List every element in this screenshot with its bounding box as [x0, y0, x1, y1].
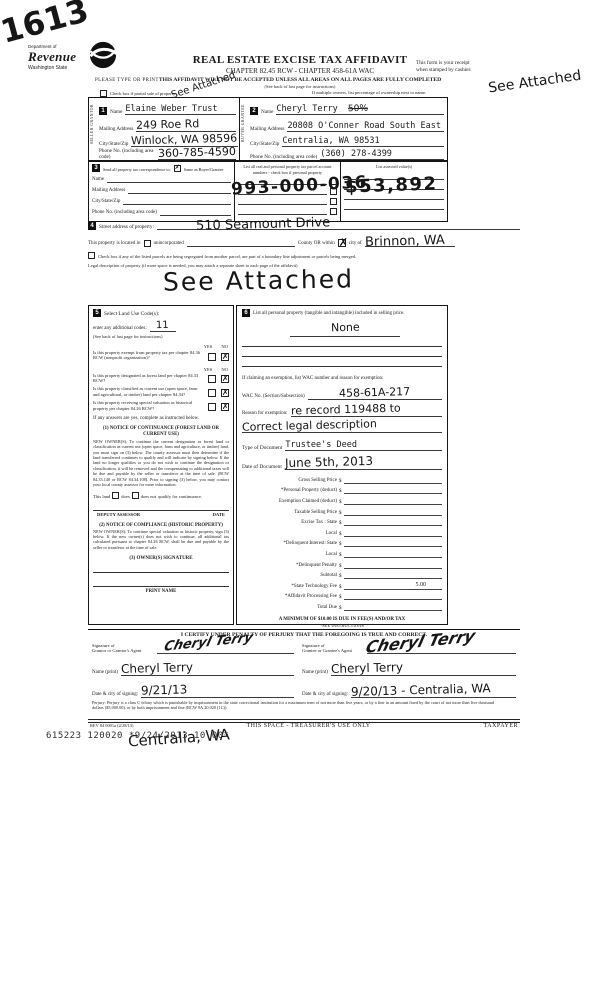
dollar-sign: $: [339, 521, 342, 526]
fee-label: Subtotal: [242, 573, 337, 579]
exempt-no-checkbox: ✗: [221, 353, 229, 361]
buyer-grantee-box: BUYER GRANTEE 2 Name Cheryl Terry 50% Ma…: [239, 97, 448, 161]
fee-row-penalty: *Delinquent Penalty$: [242, 558, 442, 569]
affidavit-page: 1613 Department of Revenue Washington St…: [0, 0, 600, 984]
deputy-assessor-label: DEPUTY ASSESSOR: [97, 512, 140, 517]
fee-row-taxable: Taxable Selling Price$: [242, 505, 442, 516]
grantee-name-value: Cheryl Terry: [331, 660, 403, 676]
personal-property-header: 6 List all personal property (tangible a…: [242, 309, 442, 317]
fee-row-interest-local: Local$: [242, 547, 442, 558]
question-current-use-row: Is this property classified as current u…: [93, 386, 229, 397]
buyer-mailing-field: 20808 O'Conner Road South East: [287, 121, 444, 132]
parcel-column: List all real and personal property tax …: [235, 162, 341, 221]
fee-label: Exemption Claimed (deduct): [242, 499, 337, 505]
fee-label: *Personal Property (deduct): [242, 488, 337, 494]
correspondence-phone-field: [160, 208, 231, 216]
correspondence-mailing-label: Mailing Address: [92, 188, 125, 194]
same-as-buyer-label: Same as Buyer/Grantee: [184, 167, 224, 172]
buyer-city-label: City/State/Zip: [250, 141, 279, 147]
personal-property-value: None: [330, 321, 359, 335]
correspondence-mailing-row: Mailing Address: [92, 183, 231, 194]
owner-signature-label: (3) OWNER(S) SIGNATURE: [93, 556, 229, 561]
additional-codes-value: 11: [156, 323, 169, 330]
minimum-fee-note: A MINIMUM OF $10.00 IS DUE IN FEE(S) AND…: [242, 617, 442, 622]
dollar-sign: $: [339, 489, 342, 494]
grantor-name-print-label: Name (print): [92, 670, 118, 676]
fee-row-exemption: Exemption Claimed (deduct)$: [242, 494, 442, 505]
fee-label: *State Technology Fee: [242, 584, 337, 590]
certification-section: I CERTIFY UNDER PENALTY OF PERJURY THAT …: [88, 629, 520, 740]
question-exempt-text: Is this property exempt from property ta…: [93, 350, 203, 361]
dollar-sign: $: [339, 585, 342, 590]
fee-label: Local: [242, 552, 337, 558]
additional-codes-label: enter any additional codes:: [93, 326, 147, 332]
fee-row-total: Total Due$: [242, 600, 442, 611]
footer-row: REV 84 0001a (2/28/13) THIS SPACE - TREA…: [90, 723, 518, 729]
buyer-phone-field: (360) 278-4399: [320, 149, 444, 160]
grantee-date-city-value: 9/20/13 - Centralia, WA: [351, 681, 491, 699]
form-title: REAL ESTATE EXCISE TAX AFFIDAVIT: [150, 54, 450, 66]
fee-row-excise-state: Excise Tax : State$: [242, 516, 442, 527]
grantee-name-row: Name (print) Cheryl Terry: [302, 661, 516, 676]
correspondence-city-field: [123, 197, 231, 205]
unincorporated-label: unincorporated: [154, 241, 184, 247]
grantee-date-row: Date & city of signing: 9/20/13 - Centra…: [302, 683, 516, 698]
fee-row-interest-state: *Delinquent Interest: State$: [242, 537, 442, 548]
notice2-body: NEW OWNER(S): To continue special valuat…: [93, 529, 229, 551]
buyer-city-row: City/State/Zip Centralia, WA 98531: [250, 132, 444, 147]
buyer-name-row: 2 Name Cheryl Terry 50%: [250, 99, 444, 115]
street-address-row: 4 Street address of property: 510 Seamou…: [88, 222, 520, 230]
question-forest-text: Is this property designated as forest la…: [93, 373, 203, 384]
qualify-post-label: qualify for continuance.: [158, 494, 202, 499]
additional-codes-row: enter any additional codes: 11: [93, 323, 229, 332]
seller-name-field: Elaine Weber Trust: [125, 104, 236, 115]
fee-value: [344, 561, 443, 569]
question-forest-row: Is this property designated as forest la…: [93, 373, 229, 384]
fee-value: [344, 476, 443, 484]
fee-row-excise-local: Local$: [242, 526, 442, 537]
wac-label: WAC No. (Section/Subsection): [242, 394, 305, 400]
dollar-sign: $: [339, 532, 342, 537]
fee-row-subtotal: Subtotal$: [242, 569, 442, 580]
qualify-row: This land does does not qualify for cont…: [93, 492, 229, 499]
assessed-column: List assessed value(s) $53,892: [341, 162, 447, 221]
yes-no-header: YES NO: [93, 344, 229, 349]
if-yes-note: If any answers are yes, complete as inst…: [93, 416, 229, 422]
current-use-no-checkbox: ✗: [221, 389, 229, 397]
seller-name-label: Name: [110, 109, 122, 115]
reason-row: Reason for exemption: re record 119488 t…: [242, 403, 442, 417]
dollar-sign: $: [339, 564, 342, 569]
grantor-signature-label: Signature of Grantor or Grantor's Agent: [92, 643, 154, 654]
seller-phone-field: 360-785-4590: [158, 146, 236, 160]
grantor-name-row: Name (print) Cheryl Terry: [92, 661, 294, 676]
land-use-see-back: (See back of last page for instructions): [93, 334, 229, 340]
historic-no-checkbox: ✗: [221, 403, 229, 411]
buyer-side-label: BUYER GRANTEE: [241, 104, 248, 142]
seller-grantor-box: SELLER GRANTOR 1 Name Elaine Weber Trust…: [88, 97, 240, 161]
parcel-header: List all real and personal property tax …: [238, 164, 337, 175]
dollar-sign: $: [339, 542, 342, 547]
seller-name-row: 1 Name Elaine Weber Trust: [99, 99, 236, 115]
owner-signature-line: [93, 572, 229, 573]
grantee-name-print-label: Name (print): [302, 670, 328, 676]
revenue-swirl-icon: [88, 40, 118, 70]
correspondence-column: 3 Send all property tax correspondence t…: [89, 162, 235, 221]
grantee-signature-label: Signature of Grantee or Grantee's Agent: [302, 643, 364, 654]
exempt-yes-checkbox: [208, 353, 216, 361]
buyer-city-value: Centralia, WA 98531: [282, 136, 379, 146]
seller-phone-row: Phone No. (including area code) 360-785-…: [99, 147, 236, 160]
grantor-date-row: Date & city of signing: 9/21/13 Centrali…: [92, 683, 294, 698]
correspondence-phone-row: Phone No. (including area code): [92, 205, 231, 216]
dollar-sign: $: [339, 595, 342, 600]
seller-mailing-label: Mailing Address: [99, 126, 133, 132]
forest-yes-checkbox: [208, 375, 216, 383]
buyer-mailing-row: Mailing Address 20808 O'Conner Road Sout…: [250, 115, 444, 132]
correspondence-city-label: City/State/Zip: [92, 199, 120, 205]
fee-value: [344, 486, 443, 494]
form-subtitle: CHAPTER 82.45 RCW - CHAPTER 458-61A WAC: [150, 67, 450, 75]
correspondence-name-field: [107, 175, 231, 183]
seller-name-value: Elaine Weber Trust: [125, 104, 217, 114]
grantor-signature-row: Signature of Grantor or Grantor's Agent …: [92, 643, 294, 654]
grantor-date-city-label: Date & city of signing:: [92, 692, 138, 698]
correspondence-mailing-field: [128, 186, 231, 194]
parcel-personal-checkbox: [330, 198, 337, 205]
send-correspondence-label: Send all property tax correspondence to:: [103, 167, 171, 172]
document-type-value: Trustee's Deed: [285, 440, 357, 450]
cashier-stamp: 615223 120020 *9/24/2013 10.00*: [46, 731, 229, 741]
seller-city-label: City/State/Zip: [99, 141, 128, 147]
segregated-checkbox: [88, 252, 95, 259]
does-label: does: [121, 494, 129, 499]
section-5-number: 5: [93, 309, 101, 317]
correspondence-name-label: Name: [92, 177, 104, 183]
no-label: NO: [221, 344, 228, 349]
dollar-sign: $: [339, 553, 342, 558]
fee-value: [344, 497, 443, 505]
partial-sale-checkbox: [100, 90, 107, 97]
yes-label: YES: [204, 367, 213, 372]
parcel-row: [238, 205, 337, 215]
deputy-assessor-row: DEPUTY ASSESSOR DATE: [93, 510, 229, 517]
rev-form-code: REV 84 0001a (2/28/13): [90, 723, 133, 728]
fee-value: [344, 529, 443, 537]
fee-label: Excise Tax : State: [242, 520, 337, 526]
seller-phone-label: Phone No. (including area code): [99, 148, 155, 160]
buyer-name-value: Cheryl Terry: [276, 104, 337, 114]
seller-phone-value: 360-785-4590: [158, 145, 236, 160]
question-current-use-text: Is this property classified as current u…: [93, 386, 203, 397]
in-city-checkbox: ✗: [338, 239, 346, 247]
personal-property-title: List all personal property (tangible and…: [253, 311, 439, 317]
document-type-row: Type of Document Trustee's Deed: [242, 440, 442, 451]
seller-side-label: SELLER GRANTOR: [90, 104, 97, 144]
fee-label: *Affidavit Processing Fee: [242, 594, 337, 600]
fee-value: [344, 592, 443, 600]
does-not-label: does not: [141, 494, 156, 499]
seller-mailing-value: 249 Roe Rd: [136, 117, 200, 132]
land-use-header: 5 Select Land Use Code(s):: [93, 309, 229, 317]
section-3-number: 3: [92, 164, 100, 172]
land-use-box: 5 Select Land Use Code(s): enter any add…: [88, 305, 234, 625]
fee-row-gross: Gross Selling Price$: [242, 473, 442, 484]
fee-label: Taxable Selling Price: [242, 510, 337, 516]
buyer-phone-label: Phone No. (including area code): [250, 154, 317, 160]
multiple-owners-note: If multiple owners, list percentage of o…: [312, 90, 426, 95]
fee-label: Gross Selling Price: [242, 478, 337, 484]
see-instructions-note: *SEE INSTRUCTIONS: [242, 623, 442, 628]
grantor-signature-label-line2: Grantor or Grantor's Agent: [92, 648, 154, 653]
qualify-pre-label: This land: [93, 494, 110, 499]
no-label: NO: [221, 367, 228, 372]
buyer-mailing-label: Mailing Address: [250, 126, 284, 132]
section-4-number: 4: [88, 222, 96, 230]
dollar-sign: $: [339, 606, 342, 611]
buyer-name-strike: 50%: [348, 104, 368, 115]
reason-row-2: Correct legal description: [242, 419, 442, 433]
reason-label: Reason for exemption:: [242, 411, 288, 417]
question-historic-row: Is this property receiving special valua…: [93, 400, 229, 411]
buyer-city-field: Centralia, WA 98531: [282, 136, 444, 147]
perjury-note: Perjury: Perjury is a class C felony whi…: [92, 700, 494, 711]
same-as-buyer-checkbox: ✗: [174, 165, 181, 172]
seller-mailing-field: 249 Roe Rd: [136, 118, 236, 132]
located-in-label: This property is located in: [88, 241, 141, 247]
correspondence-header-row: 3 Send all property tax correspondence t…: [92, 164, 231, 172]
reason-line1-value: re record 119488 to: [290, 402, 400, 418]
unincorporated-checkbox: [144, 240, 151, 247]
grantee-signature-block: Signature of Grantee or Grantee's Agent …: [302, 643, 516, 698]
receipt-line-2: when stamped by cashier.: [416, 67, 504, 74]
street-address-value: 510 Seamount Drive: [196, 215, 331, 234]
yes-label: YES: [204, 344, 213, 349]
document-date-value: June 5th, 2013: [285, 454, 373, 470]
treasurer-use-label: THIS SPACE - TREASURER'S USE ONLY: [246, 723, 370, 729]
fee-value: [344, 539, 443, 547]
document-type-label: Type of Document: [242, 445, 282, 451]
question-historic-text: Is this property receiving special valua…: [93, 400, 203, 411]
city-of-label: city of: [349, 241, 362, 247]
county-or-within-label: County OR within: [298, 241, 335, 247]
fee-label: *Delinquent Interest: State: [242, 541, 337, 547]
personal-property-value-row: None: [290, 318, 442, 337]
does-not-checkbox: [132, 492, 139, 499]
taxpayer-label: TAXPAYER: [484, 723, 518, 729]
fee-row-technology: *State Technology Fee$5.00: [242, 579, 442, 590]
grantee-signature-row: Signature of Grantee or Grantee's Agent …: [302, 643, 516, 654]
yes-no-header: YES NO: [93, 367, 229, 372]
segregated-label: Check box if any of the listed parcels a…: [98, 254, 356, 260]
revenue-logo: Department of Revenue Washington State: [28, 44, 76, 71]
correspondence-parcel-box: 3 Send all property tax correspondence t…: [88, 161, 448, 222]
receipt-line-1: This form is your receipt: [416, 60, 504, 67]
buyer-phone-value: (360) 278-4399: [320, 149, 392, 159]
fee-label: Local: [242, 531, 337, 537]
fee-value: [344, 550, 443, 558]
correspondence-name-row: Name: [92, 172, 231, 183]
document-date-label: Date of Document: [242, 464, 282, 470]
grantor-name-value: Cheryl Terry: [121, 660, 193, 676]
segregated-row: Check box if any of the listed parcels a…: [88, 252, 520, 259]
section-2-number: 2: [250, 107, 258, 115]
buyer-name-field: Cheryl Terry 50%: [276, 104, 444, 115]
reason-line2-value: Correct legal description: [242, 417, 377, 434]
fee-row-affidavit: *Affidavit Processing Fee$: [242, 590, 442, 601]
logo-state-line: Washington State: [28, 65, 76, 71]
dollar-sign: $: [339, 479, 342, 484]
logo-agency-name: Revenue: [28, 49, 76, 65]
section-1-number: 1: [99, 107, 107, 115]
notice1-body: NEW OWNER(S): To continue the current de…: [93, 439, 229, 488]
dollar-sign: $: [339, 574, 342, 579]
fee-label: *Delinquent Penalty: [242, 563, 337, 569]
question-exempt-row: Is this property exempt from property ta…: [93, 350, 229, 361]
current-use-yes-checkbox: [208, 389, 216, 397]
fee-table: Gross Selling Price$ *Personal Property …: [242, 473, 442, 611]
assessor-date-label: DATE: [213, 512, 225, 517]
fee-row-personal: *Personal Property (deduct)$: [242, 484, 442, 495]
forest-no-checkbox: ✗: [221, 375, 229, 383]
fee-value: 5.00: [344, 582, 443, 590]
personal-property-document-box: 6 List all personal property (tangible a…: [236, 305, 448, 625]
parcel-personal-checkbox: [330, 208, 337, 215]
notice1-title: (1) NOTICE OF CONTINUANCE (FOREST LAND O…: [93, 426, 229, 438]
wac-value: 458-61A-217: [339, 385, 411, 400]
dollar-sign: $: [339, 500, 342, 505]
historic-yes-checkbox: [208, 403, 216, 411]
located-in-row: This property is located in unincorporat…: [88, 237, 520, 247]
correspondence-city-row: City/State/Zip: [92, 194, 231, 205]
dollar-sign: $: [339, 511, 342, 516]
property-location-section: 4 Street address of property: 510 Seamou…: [88, 222, 520, 269]
fee-value: [344, 508, 443, 516]
grantee-date-city-label: Date & city of signing:: [302, 692, 348, 698]
does-checkbox: [112, 492, 119, 499]
correspondence-phone-label: Phone No. (including area code): [92, 210, 157, 216]
land-use-title: Select Land Use Code(s):: [104, 311, 159, 317]
grantor-date-value: 9/21/13: [141, 682, 188, 697]
buyer-name-label: Name: [261, 109, 273, 115]
fee-value: [344, 603, 443, 611]
receipt-note: This form is your receipt when stamped b…: [416, 60, 504, 74]
seller-mailing-row: Mailing Address 249 Roe Rd: [99, 115, 236, 132]
exemption-intro: If claiming an exemption, list WAC numbe…: [242, 376, 442, 382]
buyer-phone-row: Phone No. (including area code) (360) 27…: [250, 147, 444, 160]
city-value: Brinnon, WA: [365, 238, 445, 246]
assessed-value: $53,892: [345, 173, 438, 197]
notice2-title: (2) NOTICE OF COMPLIANCE (HISTORIC PROPE…: [93, 523, 229, 528]
street-address-label: Street address of property:: [99, 224, 154, 230]
print-name-label: PRINT NAME: [93, 589, 229, 594]
grantor-signature-block: Signature of Grantor or Grantor's Agent …: [92, 643, 294, 698]
owner-print-name-line: [93, 586, 229, 587]
wac-row: WAC No. (Section/Subsection) 458-61A-217: [242, 386, 442, 400]
partial-sale-row: Check box if partial sale of property: [100, 90, 175, 97]
fee-value: [344, 571, 443, 579]
grantee-signature-label-line2: Grantee or Grantee's Agent: [302, 648, 364, 653]
fee-value: [344, 518, 443, 526]
buyer-mailing-value: 20808 O'Conner Road South East: [287, 121, 441, 131]
fee-label: Total Due: [242, 605, 337, 611]
legal-description-value: See Attached: [163, 264, 354, 296]
document-date-row: Date of Document June 5th, 2013: [242, 455, 442, 470]
section-6-number: 6: [242, 309, 250, 317]
